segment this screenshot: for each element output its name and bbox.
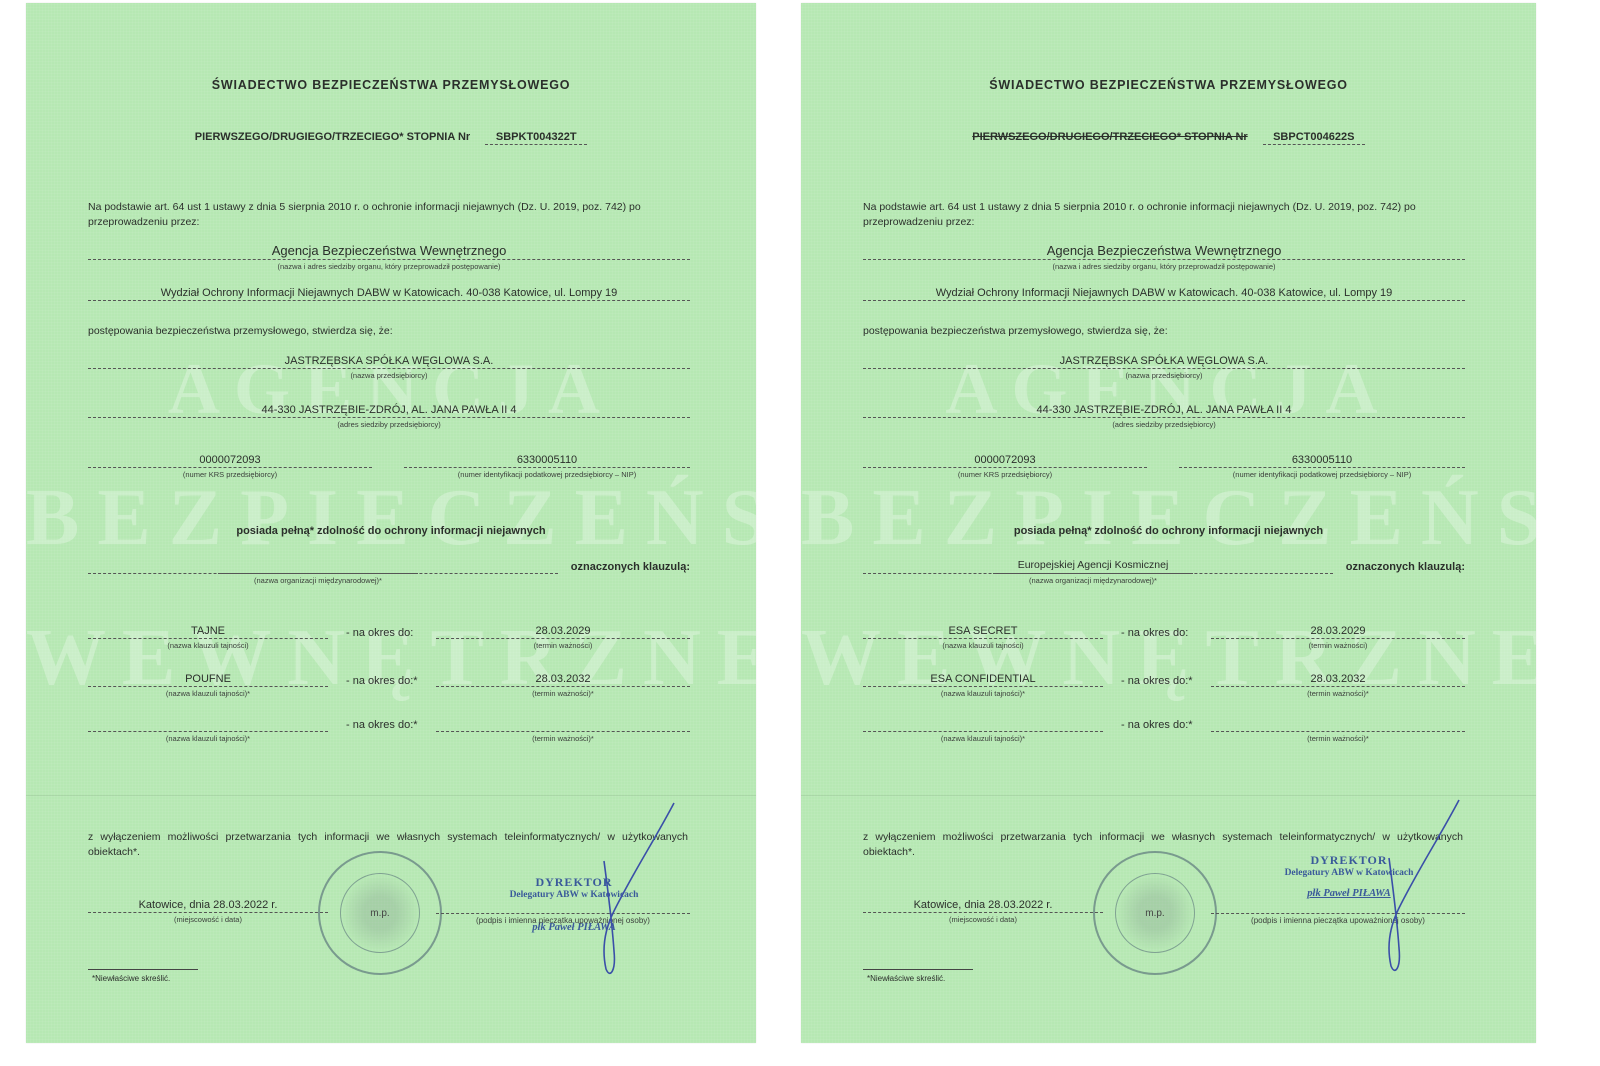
organization-row: (nazwa organizacji międzynarodowej)* ozn…	[88, 559, 690, 589]
legal-basis-text: Na podstawie art. 64 ust 1 ustawy z dnia…	[863, 200, 1463, 230]
nip-label: (numer identyfikacji podatkowej przedsię…	[404, 470, 690, 479]
clause-period-label: - na okres do:*	[1121, 719, 1193, 731]
place-date-field: Katowice, dnia 28.03.2022 r. (miejscowoś…	[88, 899, 328, 924]
clause-date-label: (termin ważności)*	[1211, 689, 1465, 698]
footnote: *Niewłaściwe skreślić.	[92, 974, 170, 983]
degree-label: PIERWSZEGO/DRUGIEGO/TRZECIEGO* STOPNIA N…	[972, 131, 1247, 143]
krs-label: (numer KRS przedsiębiorcy)	[863, 470, 1147, 479]
clause-date-field: (termin ważności)*	[436, 717, 690, 743]
clause-expiry-date	[436, 717, 690, 732]
krs-field: 0000072093 (numer KRS przedsiębiorcy)	[88, 454, 372, 479]
signer-unit: Delegatury ABW w Katowicach	[1259, 868, 1439, 878]
company-address: 44-330 JASTRZĘBIE-ZDRÓJ, AL. JANA PAWŁA …	[863, 404, 1465, 418]
stamp-text: m.p.	[370, 908, 389, 919]
clause-name	[863, 717, 1103, 732]
company-address: 44-330 JASTRZĘBIE-ZDRÓJ, AL. JANA PAWŁA …	[88, 404, 690, 418]
clause-name-label: (nazwa klauzuli tajności)*	[88, 689, 328, 698]
place-date-field: Katowice, dnia 28.03.2022 r. (miejscowoś…	[863, 899, 1103, 924]
clause-name: TAJNE	[88, 625, 328, 639]
clause-name-label: (nazwa klauzuli tajności)	[863, 641, 1103, 650]
organization-label: (nazwa organizacji międzynarodowej)*	[218, 576, 418, 585]
fold-line	[801, 795, 1536, 796]
krs-number: 0000072093	[88, 454, 372, 468]
clause-period-label: - na okres do:	[1121, 627, 1188, 639]
clause-date-field: 28.03.2032 (termin ważności)*	[436, 673, 690, 698]
footnote: *Niewłaściwe skreślić.	[867, 974, 945, 983]
marked-with-label: oznaczonych klauzulą:	[571, 561, 690, 573]
clause-date-field: 28.03.2029 (termin ważności)	[1211, 625, 1465, 650]
clause-name: ESA CONFIDENTIAL	[863, 673, 1103, 687]
certificate-title: ŚWIADECTWO BEZPIECZEŃSTWA PRZEMYSŁOWEGO	[26, 78, 756, 92]
clause-date-field: 28.03.2032 (termin ważności)*	[1211, 673, 1465, 698]
clause-name-label: (nazwa klauzuli tajności)*	[88, 734, 328, 743]
clause-name-field: POUFNE (nazwa klauzuli tajności)*	[88, 673, 328, 698]
signer-stamp: DYREKTOR Delegatury ABW w Katowicach płk…	[1259, 853, 1439, 899]
company-name-label: (nazwa przedsiębiorcy)	[863, 371, 1465, 380]
clause-name	[88, 717, 328, 732]
clause-name-field: ESA SECRET (nazwa klauzuli tajności)	[863, 625, 1103, 650]
signature-line	[436, 913, 690, 914]
procedure-text: postępowania bezpieczeństwa przemysłoweg…	[863, 324, 1463, 339]
procedure-text: postępowania bezpieczeństwa przemysłoweg…	[88, 324, 688, 339]
certificate-page-left: AGENCJA BEZPIECZEŃSTWA WEWNĘTRZNEGO ŚWIA…	[26, 3, 756, 1043]
nip-field: 6330005110 (numer identyfikacji podatkow…	[1179, 454, 1465, 479]
company-name-label: (nazwa przedsiębiorcy)	[88, 371, 690, 380]
clause-period-label: - na okres do:*	[346, 675, 418, 687]
authority-label: (nazwa i adres siedziby organu, który pr…	[863, 262, 1465, 271]
clause-expiry-date: 28.03.2032	[436, 673, 690, 687]
organization-name: Europejskiej Agencji Kosmicznej	[993, 559, 1193, 574]
clause-date-label: (termin ważności)*	[436, 734, 690, 743]
certificate-number: SBPCT004622S	[1263, 131, 1365, 145]
certificate-page-right: AGENCJA BEZPIECZEŃSTWA WEWNĘTRZNEGO ŚWIA…	[801, 3, 1536, 1043]
company-name-field: JASTRZĘBSKA SPÓŁKA WĘGLOWA S.A. (nazwa p…	[863, 355, 1465, 380]
company-name-field: JASTRZĘBSKA SPÓŁKA WĘGLOWA S.A. (nazwa p…	[88, 355, 690, 380]
clause-name-label: (nazwa klauzuli tajności)*	[863, 689, 1103, 698]
company-address-field: 44-330 JASTRZĘBIE-ZDRÓJ, AL. JANA PAWŁA …	[863, 404, 1465, 429]
signature-field: (podpis i imienna pieczątka upoważnionej…	[436, 913, 690, 925]
company-name: JASTRZĘBSKA SPÓŁKA WĘGLOWA S.A.	[863, 355, 1465, 369]
company-address-field: 44-330 JASTRZĘBIE-ZDRÓJ, AL. JANA PAWŁA …	[88, 404, 690, 429]
nip-number: 6330005110	[1179, 454, 1465, 468]
clause-expiry-date	[1211, 717, 1465, 732]
signature-line	[1211, 913, 1465, 914]
krs-field: 0000072093 (numer KRS przedsiębiorcy)	[863, 454, 1147, 479]
signer-title: DYREKTOR	[1259, 853, 1439, 868]
company-address-label: (adres siedziby przedsiębiorcy)	[863, 420, 1465, 429]
clause-period-label: - na okres do:*	[1121, 675, 1193, 687]
certificate-number: SBPKT004322T	[485, 131, 587, 145]
capability-text: posiada pełną* zdolność do ochrony infor…	[26, 525, 756, 537]
clause-period-label: - na okres do:	[346, 627, 413, 639]
footnote-divider	[88, 969, 198, 970]
organization-label: (nazwa organizacji międzynarodowej)*	[993, 576, 1193, 585]
clause-name: ESA SECRET	[863, 625, 1103, 639]
clause-expiry-date: 28.03.2032	[1211, 673, 1465, 687]
signature-field: (podpis i imienna pieczątka upoważnionej…	[1211, 913, 1465, 925]
clause-expiry-date: 28.03.2029	[436, 625, 690, 639]
signer-unit: Delegatury ABW w Katowicach	[484, 890, 664, 900]
clause-name-label: (nazwa klauzuli tajności)*	[863, 734, 1103, 743]
clause-period-label: - na okres do:*	[346, 719, 418, 731]
clause-name: POUFNE	[88, 673, 328, 687]
signer-name: płk Paweł PIŁAWA	[1259, 888, 1439, 899]
degree-line: PIERWSZEGO/DRUGIEGO/TRZECIEGO* STOPNIA N…	[801, 131, 1536, 145]
authority-address: Wydział Ochrony Informacji Niejawnych DA…	[88, 287, 690, 301]
official-seal-icon: m.p.	[318, 851, 442, 975]
organization-name	[218, 559, 418, 574]
marked-with-label: oznaczonych klauzulą:	[1346, 561, 1465, 573]
clause-name-field: ESA CONFIDENTIAL (nazwa klauzuli tajnośc…	[863, 673, 1103, 698]
clause-date-field: 28.03.2029 (termin ważności)	[436, 625, 690, 650]
clause-date-label: (termin ważności)*	[1211, 734, 1465, 743]
degree-label: PIERWSZEGO/DRUGIEGO/TRZECIEGO* STOPNIA N…	[195, 131, 470, 143]
clause-expiry-date: 28.03.2029	[1211, 625, 1465, 639]
authority-name: Agencja Bezpieczeństwa Wewnętrznego	[88, 243, 690, 260]
krs-number: 0000072093	[863, 454, 1147, 468]
official-seal-icon: m.p.	[1093, 851, 1217, 975]
krs-label: (numer KRS przedsiębiorcy)	[88, 470, 372, 479]
certificate-title: ŚWIADECTWO BEZPIECZEŃSTWA PRZEMYSŁOWEGO	[801, 78, 1536, 92]
organization-row: Europejskiej Agencji Kosmicznej (nazwa o…	[863, 559, 1465, 589]
authority-address: Wydział Ochrony Informacji Niejawnych DA…	[863, 287, 1465, 301]
capability-text: posiada pełną* zdolność do ochrony infor…	[801, 525, 1536, 537]
authority-field: Agencja Bezpieczeństwa Wewnętrznego (naz…	[863, 243, 1465, 271]
watermark-line: BEZPIECZEŃSTWA	[801, 473, 1536, 564]
signature-label: (podpis i imienna pieczątka upoważnionej…	[1211, 916, 1465, 925]
company-address-label: (adres siedziby przedsiębiorcy)	[88, 420, 690, 429]
seal-eagle-icon: m.p.	[1115, 873, 1195, 953]
place-date: Katowice, dnia 28.03.2022 r.	[88, 899, 328, 913]
footnote-divider	[863, 969, 973, 970]
authority-label: (nazwa i adres siedziby organu, który pr…	[88, 262, 690, 271]
watermark-line: BEZPIECZEŃSTWA	[26, 473, 756, 564]
signature-label: (podpis i imienna pieczątka upoważnionej…	[436, 916, 690, 925]
authority-name: Agencja Bezpieczeństwa Wewnętrznego	[863, 243, 1465, 260]
signer-title: DYREKTOR	[484, 875, 664, 890]
authority-address-field: Wydział Ochrony Informacji Niejawnych DA…	[88, 287, 690, 301]
stamp-text: m.p.	[1145, 908, 1164, 919]
degree-line: PIERWSZEGO/DRUGIEGO/TRZECIEGO* STOPNIA N…	[26, 131, 756, 145]
nip-label: (numer identyfikacji podatkowej przedsię…	[1179, 470, 1465, 479]
clause-name-field: TAJNE (nazwa klauzuli tajności)	[88, 625, 328, 650]
legal-basis-text: Na podstawie art. 64 ust 1 ustawy z dnia…	[88, 200, 688, 230]
fold-line	[26, 795, 756, 796]
clause-name-field: (nazwa klauzuli tajności)*	[88, 717, 328, 743]
company-name: JASTRZĘBSKA SPÓŁKA WĘGLOWA S.A.	[88, 355, 690, 369]
clause-date-label: (termin ważności)	[1211, 641, 1465, 650]
clause-date-label: (termin ważności)*	[436, 689, 690, 698]
clause-name-label: (nazwa klauzuli tajności)	[88, 641, 328, 650]
nip-number: 6330005110	[404, 454, 690, 468]
nip-field: 6330005110 (numer identyfikacji podatkow…	[404, 454, 690, 479]
place-date-label: (miejscowość i data)	[88, 915, 328, 924]
clause-name-field: (nazwa klauzuli tajności)*	[863, 717, 1103, 743]
authority-address-field: Wydział Ochrony Informacji Niejawnych DA…	[863, 287, 1465, 301]
clause-date-field: (termin ważności)*	[1211, 717, 1465, 743]
place-date: Katowice, dnia 28.03.2022 r.	[863, 899, 1103, 913]
seal-eagle-icon: m.p.	[340, 873, 420, 953]
clause-date-label: (termin ważności)	[436, 641, 690, 650]
authority-field: Agencja Bezpieczeństwa Wewnętrznego (naz…	[88, 243, 690, 271]
place-date-label: (miejscowość i data)	[863, 915, 1103, 924]
